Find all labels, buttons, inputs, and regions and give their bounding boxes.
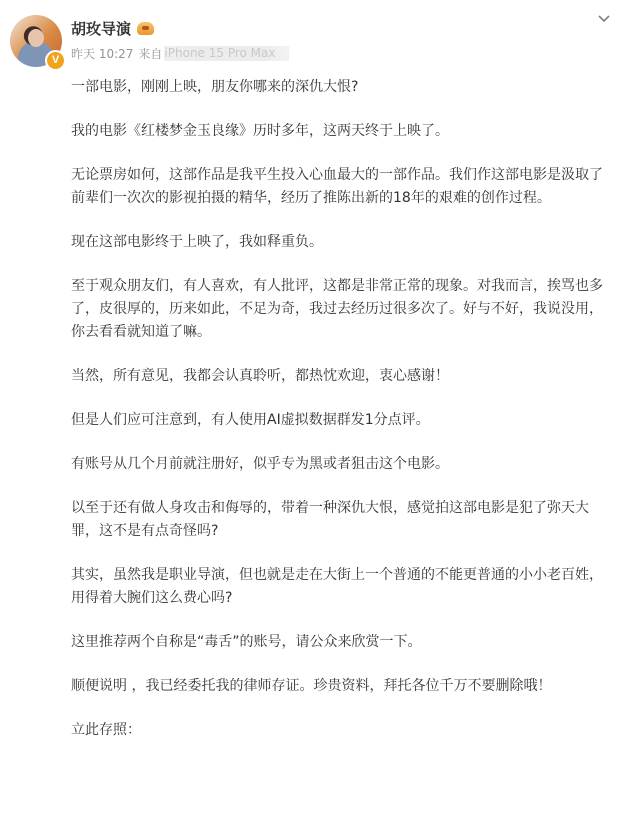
paragraph: 至于观众朋友们，有人喜欢，有人批评，这都是非常正常的现象。对我而言，挨骂也多了，… xyxy=(71,275,616,344)
fan-badge-icon[interactable] xyxy=(137,22,154,35)
post-content: 一部电影，刚刚上映，朋友你哪来的深仇大恨? 我的电影《红楼梦金玉良缘》历时多年，… xyxy=(71,76,616,763)
author-name[interactable]: 胡玫导演 xyxy=(71,18,131,39)
post-time[interactable]: 昨天 10:27 xyxy=(71,45,133,62)
verified-icon: V xyxy=(45,50,66,71)
paragraph: 这里推荐两个自称是“毒舌”的账号，请公众来欣赏一下。 xyxy=(71,631,616,654)
post-meta: 昨天 10:27 来自 iPhone 15 Pro Max xyxy=(71,45,289,62)
source-prefix: 来自 xyxy=(138,45,162,62)
paragraph: 其实，虽然我是职业导演，但也就是走在大街上一个普通的不能更普通的小小老百姓，用得… xyxy=(71,564,616,610)
paragraph: 以至于还有做人身攻击和侮辱的，带着一种深仇大恨，感觉拍这部电影是犯了弥天大罪，这… xyxy=(71,497,616,543)
paragraph: 立此存照： xyxy=(71,719,616,742)
paragraph: 我的电影《红楼梦金玉良缘》历时多年，这两天终于上映了。 xyxy=(71,120,616,143)
avatar[interactable]: V xyxy=(10,15,62,67)
chevron-down-icon[interactable] xyxy=(597,14,611,24)
paragraph: 顺便说明 ，我已经委托我的律师存证。珍贵资料，拜托各位千万不要删除哦！ xyxy=(71,675,616,698)
source-device-blurred: iPhone 15 Pro Max xyxy=(164,46,289,61)
paragraph: 当然，所有意见，我都会认真聆听，都热忱欢迎，衷心感谢！ xyxy=(71,365,616,388)
paragraph: 有账号从几个月前就注册好，似乎专为黑或者狙击这个电影。 xyxy=(71,453,616,476)
paragraph: 现在这部电影终于上映了，我如释重负。 xyxy=(71,231,616,254)
author-name-row: 胡玫导演 xyxy=(71,18,154,39)
avatar-face xyxy=(28,29,44,47)
paragraph: 一部电影，刚刚上映，朋友你哪来的深仇大恨? xyxy=(71,76,616,99)
paragraph: 无论票房如何，这部作品是我平生投入心血最大的一部作品。我们作这部电影是汲取了前辈… xyxy=(71,164,616,210)
paragraph: 但是人们应可注意到，有人使用AI虚拟数据群发1分点评。 xyxy=(71,409,616,432)
